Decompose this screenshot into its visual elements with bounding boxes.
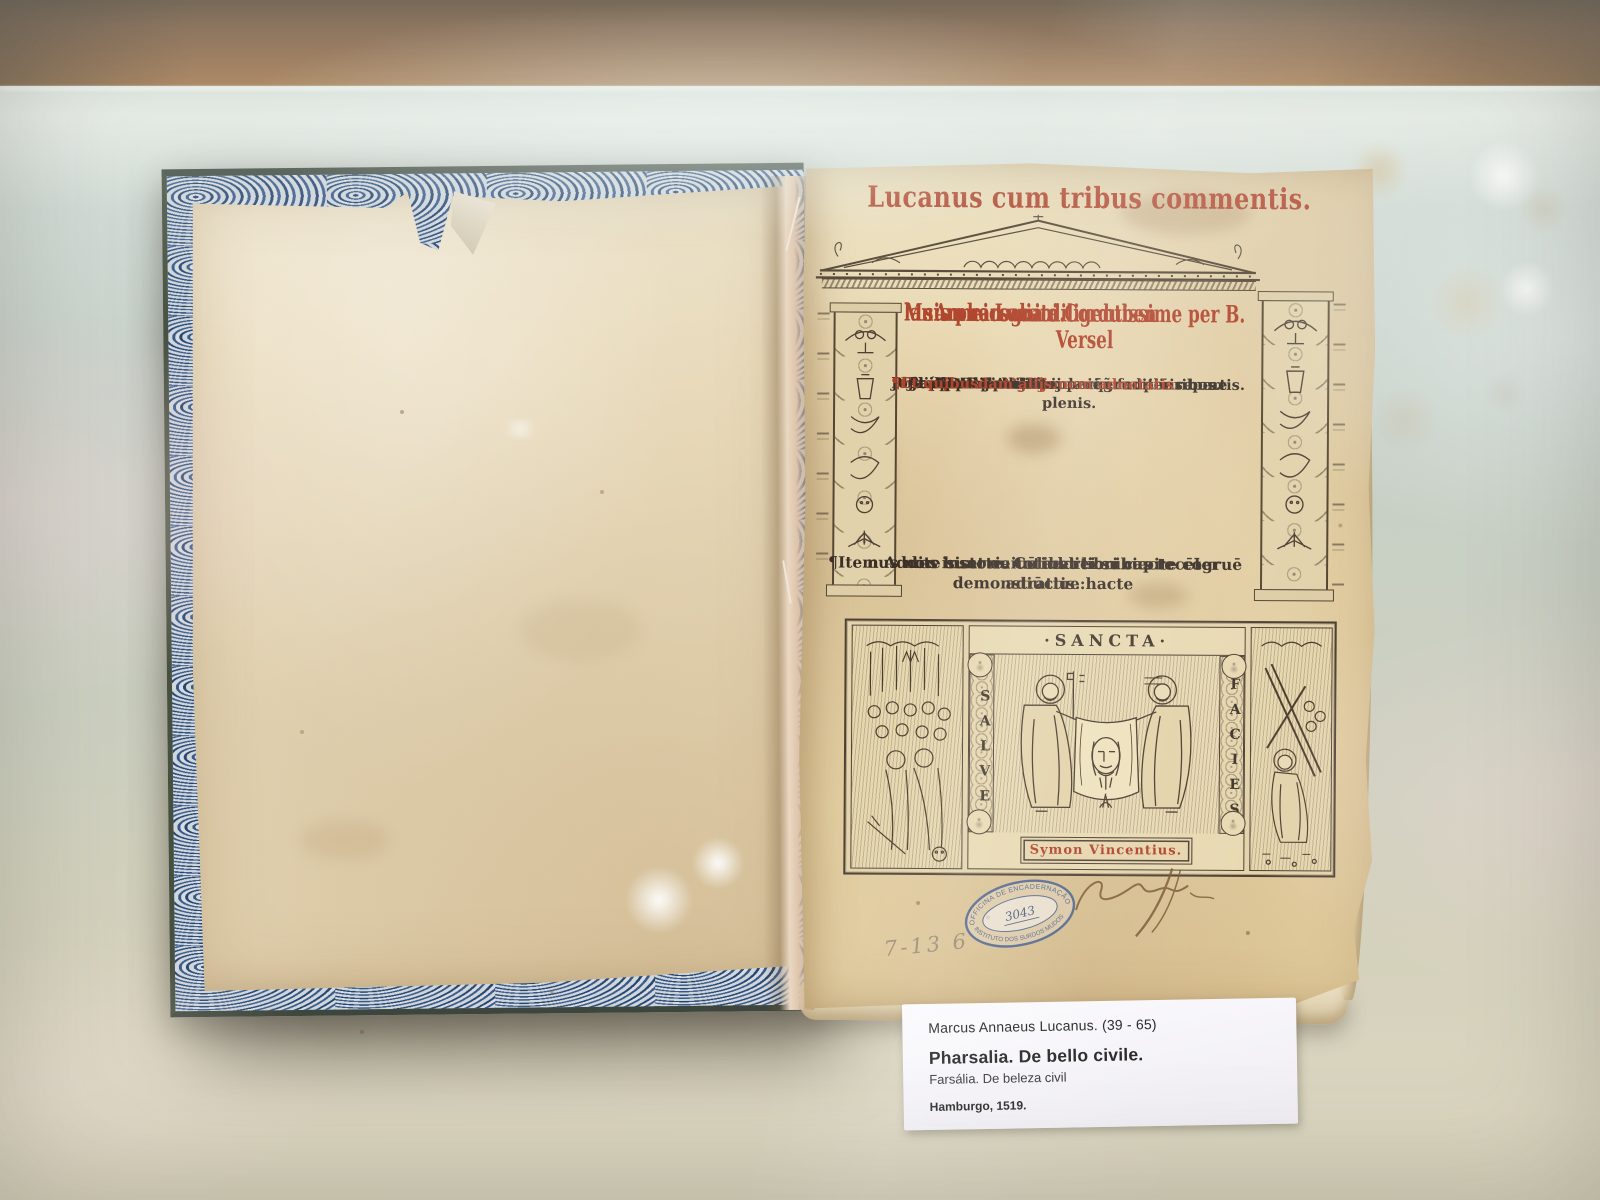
veronica-woodcut: ·SANCTA· SALVE FACIES xyxy=(843,619,1337,878)
light-reflection xyxy=(622,868,696,932)
label-imprint: Hamburgo, 1519. xyxy=(930,1098,1027,1114)
light-reflection xyxy=(1468,140,1540,212)
veronica-center-frame: ·SANCTA· SALVE FACIES xyxy=(967,625,1245,871)
ink-stain xyxy=(1007,424,1061,454)
foxing-spots xyxy=(916,901,920,905)
facies-band: FACIES xyxy=(1218,656,1244,834)
titlepage-red-title: M. Annei Lucani Corduben sis pharsalia d… xyxy=(904,299,1265,301)
titlepage-addenda: ¶Item Addite sunt cuiuslibet libri capit… xyxy=(828,552,1258,555)
salve-band: SALVE xyxy=(968,654,994,832)
light-reflection xyxy=(498,420,542,438)
glass-glint xyxy=(0,86,1600,91)
label-subtitle: Farsália. De beleza civil xyxy=(929,1070,1067,1087)
angel-medallion xyxy=(967,652,992,677)
title-line: lanum recognita. xyxy=(904,299,1065,326)
commentary-line: ¶Et quibusdam alijs. xyxy=(891,375,1057,395)
light-reflection xyxy=(1502,258,1552,320)
angel-medallion xyxy=(966,809,991,834)
angel-medallion xyxy=(1221,654,1246,679)
crowd-scene-panel xyxy=(850,625,963,870)
label-title: Pharsalia. De bello civile. xyxy=(929,1044,1144,1069)
ink-signature xyxy=(1068,862,1228,943)
pediment-woodcut xyxy=(812,212,1264,283)
garland-ornament xyxy=(1332,304,1346,588)
pillar-woodcut-right xyxy=(1260,299,1330,591)
museum-display-photo: Lucanus cum tribus commentis. M. Annei L… xyxy=(0,0,1600,1200)
library-stamp: OFFICINA DE ENCADERNAÇÃO INSTITUTO DOS S… xyxy=(953,864,1087,962)
title-page: Lucanus cum tribus commentis. M. Annei L… xyxy=(795,160,1378,1014)
page-stain xyxy=(300,820,390,860)
addenda-line: nus non inserte. Cū additionibus recēter… xyxy=(828,552,1258,595)
garland-ornament xyxy=(816,312,830,582)
foxing-spots xyxy=(360,1030,364,1034)
cross-bearing-panel xyxy=(1249,627,1332,871)
veil-scene xyxy=(993,654,1219,833)
label-author: Marcus Annaeus Lucanus. (39 - 65) xyxy=(928,1016,1157,1036)
exhibit-label: Marcus Annaeus Lucanus. (39 - 65) Pharsa… xyxy=(902,998,1298,1131)
page-stain xyxy=(520,600,640,660)
angel-medallion xyxy=(1220,811,1245,836)
light-reflection xyxy=(690,838,746,888)
woodcut-caption: Symon Vincentius. xyxy=(1020,837,1192,865)
pillar-woodcut-left xyxy=(832,310,898,586)
pencil-note: 7-13 6 xyxy=(883,929,970,961)
wooden-frame-bar xyxy=(0,0,1600,86)
architrave-woodcut xyxy=(822,278,1256,291)
sancta-banner: ·SANCTA· xyxy=(970,626,1245,656)
titlepage-commentary: ¶Cum commentarijs Joánis Sulpitij Verula… xyxy=(891,375,1247,377)
